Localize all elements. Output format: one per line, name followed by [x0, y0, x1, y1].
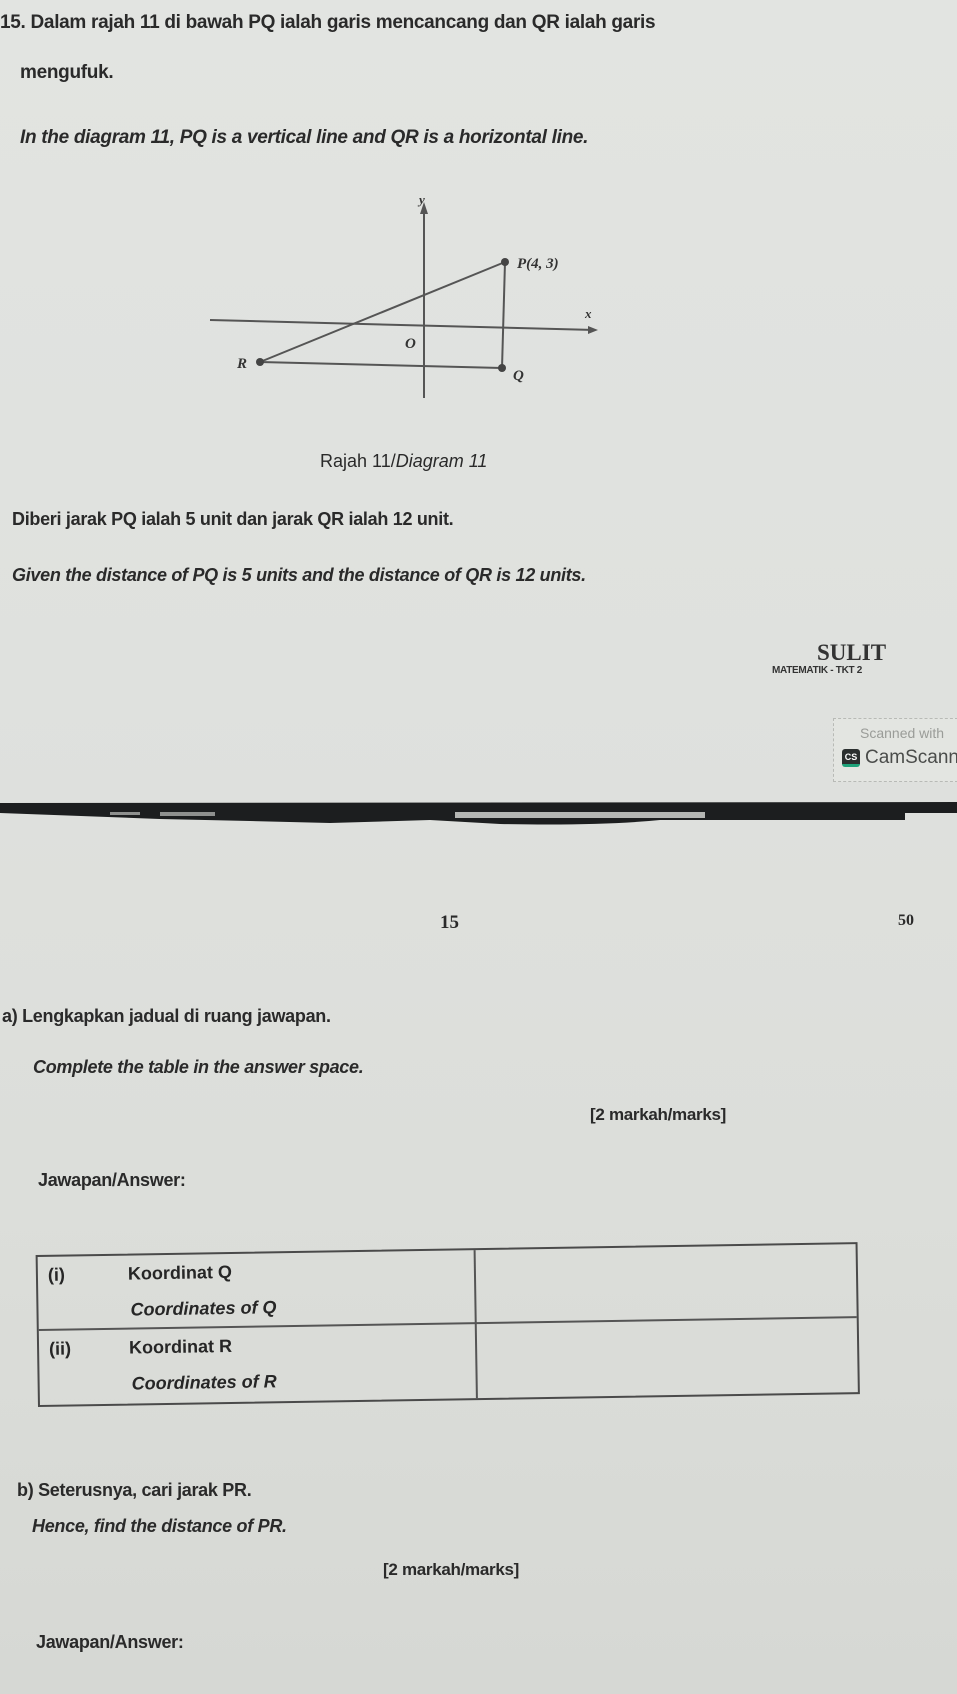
subject-label: MATEMATIK - TKT 2 — [772, 665, 862, 676]
diagram-caption: Rajah 11/Diagram 11 — [320, 451, 487, 472]
part-a-english: Complete the table in the answer space. — [33, 1057, 363, 1078]
part-a-malay: a) Lengkapkan jadual di ruang jawapan. — [2, 1006, 331, 1027]
question-number: 15. — [0, 12, 26, 33]
camscanner-logo-icon: CS — [842, 749, 860, 767]
table-row: (i) Koordinat Q Coordinates of Q — [38, 1244, 857, 1331]
question-intro-malay-line1: 15. Dalam rajah 11 di bawah PQ ialah gar… — [0, 12, 655, 34]
page-edge-divider — [0, 800, 957, 822]
part-a-answer-label: Jawapan/Answer: — [38, 1170, 186, 1191]
given-english: Given the distance of PQ is 5 units and … — [12, 565, 586, 586]
x-axis-label: x — [584, 306, 592, 321]
row-number: (ii) — [49, 1338, 71, 1359]
coordinate-diagram: y x O P(4, 3) Q R — [180, 170, 600, 400]
point-p — [501, 258, 509, 266]
answer-cell-coordinates-r[interactable] — [479, 1318, 858, 1398]
row-label-english: Coordinates of R — [131, 1371, 276, 1394]
question-intro-malay-line2: mengufuk. — [20, 62, 113, 84]
answer-cell-coordinates-q[interactable] — [478, 1244, 857, 1322]
question-intro-malay: Dalam rajah 11 di bawah PQ ialah garis m… — [31, 12, 656, 33]
point-q — [498, 364, 506, 372]
given-malay: Diberi jarak PQ ialah 5 unit dan jarak Q… — [12, 509, 453, 530]
camscanner-watermark: Scanned with CS CamScanner — [833, 718, 957, 782]
paper-code: 50 — [898, 912, 914, 930]
question-intro-english: In the diagram 11, PQ is a vertical line… — [20, 127, 588, 149]
x-axis-arrow-icon — [588, 326, 598, 334]
row-label-malay: Koordinat R — [129, 1336, 232, 1359]
part-b-answer-label: Jawapan/Answer: — [36, 1632, 184, 1653]
origin-label: O — [405, 336, 416, 352]
part-b-english: Hence, find the distance of PR. — [32, 1516, 287, 1537]
part-a-marks: [2 markah/marks] — [590, 1105, 726, 1125]
part-b-malay: b) Seterusnya, cari jarak PR. — [17, 1480, 251, 1501]
row-number: (i) — [48, 1265, 65, 1286]
answer-table: (i) Koordinat Q Coordinates of Q (ii) Ko… — [36, 1242, 860, 1407]
table-row: (ii) Koordinat R Coordinates of R — [39, 1318, 858, 1405]
part-b-marks: [2 markah/marks] — [383, 1560, 519, 1580]
row-label-english: Coordinates of Q — [130, 1297, 276, 1320]
page-number: 15 — [440, 912, 459, 934]
camscanner-name: CamScanner — [865, 747, 957, 769]
y-axis-label: y — [417, 192, 425, 207]
point-r-label: R — [236, 356, 247, 372]
scanned-with-text: Scanned with — [860, 725, 944, 741]
sulit-label: SULIT — [817, 640, 886, 666]
point-q-label: Q — [513, 368, 524, 384]
point-r — [256, 358, 264, 366]
row-label-malay: Koordinat Q — [128, 1262, 232, 1285]
point-p-label: P(4, 3) — [517, 256, 559, 272]
